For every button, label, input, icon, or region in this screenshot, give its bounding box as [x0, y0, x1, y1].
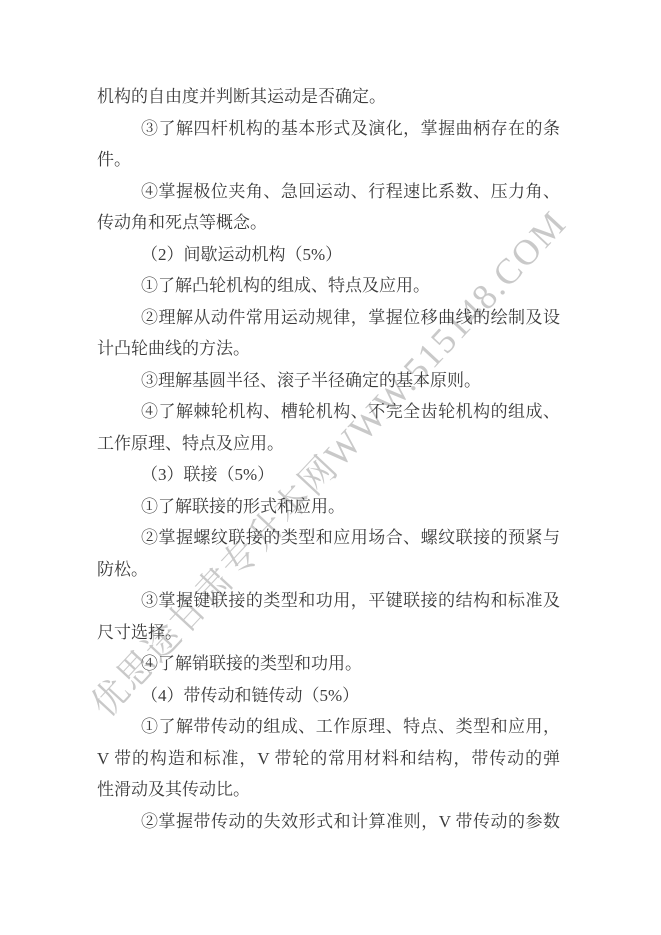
- text-line: 工作原理、特点及应用。: [97, 428, 560, 460]
- text-line: （3）联接（5%）: [97, 459, 560, 491]
- text-line: ④了解销联接的类型和功用。: [97, 648, 560, 680]
- text-line: V 带的构造和标准，V 带轮的常用材料和结构，带传动的弹: [97, 743, 560, 775]
- text-line: ①了解凸轮机构的组成、特点及应用。: [97, 270, 560, 302]
- text-line: ②理解从动件常用运动规律，掌握位移曲线的绘制及设: [97, 302, 560, 334]
- document-page: 优思途甘肃专升本网WWW.515148.COM 机构的自由度并判断其运动是否确定…: [0, 0, 661, 935]
- text-line: 尺寸选择。: [97, 617, 560, 649]
- text-line: （2）间歇运动机构（5%）: [97, 239, 560, 271]
- text-line: 性滑动及其传动比。: [97, 774, 560, 806]
- document-body: 机构的自由度并判断其运动是否确定。③了解四杆机构的基本形式及演化，掌握曲柄存在的…: [97, 81, 560, 837]
- text-line: 机构的自由度并判断其运动是否确定。: [97, 81, 560, 113]
- text-line: ②掌握螺纹联接的类型和应用场合、螺纹联接的预紧与: [97, 522, 560, 554]
- text-line: ①了解带传动的组成、工作原理、特点、类型和应用，: [97, 711, 560, 743]
- text-line: （4）带传动和链传动（5%）: [97, 680, 560, 712]
- text-line: ③了解四杆机构的基本形式及演化，掌握曲柄存在的条: [97, 113, 560, 145]
- text-line: 传动角和死点等概念。: [97, 207, 560, 239]
- text-line: 计凸轮曲线的方法。: [97, 333, 560, 365]
- text-line: ④了解棘轮机构、槽轮机构、不完全齿轮机构的组成、: [97, 396, 560, 428]
- text-line: ③掌握键联接的类型和功用，平键联接的结构和标准及: [97, 585, 560, 617]
- text-line: 防松。: [97, 554, 560, 586]
- text-line: ④掌握极位夹角、急回运动、行程速比系数、压力角、: [97, 176, 560, 208]
- text-line: ②掌握带传动的失效形式和计算准则，V 带传动的参数: [97, 806, 560, 838]
- text-line: ③理解基圆半径、滚子半径确定的基本原则。: [97, 365, 560, 397]
- text-line: 件。: [97, 144, 560, 176]
- text-line: ①了解联接的形式和应用。: [97, 491, 560, 523]
